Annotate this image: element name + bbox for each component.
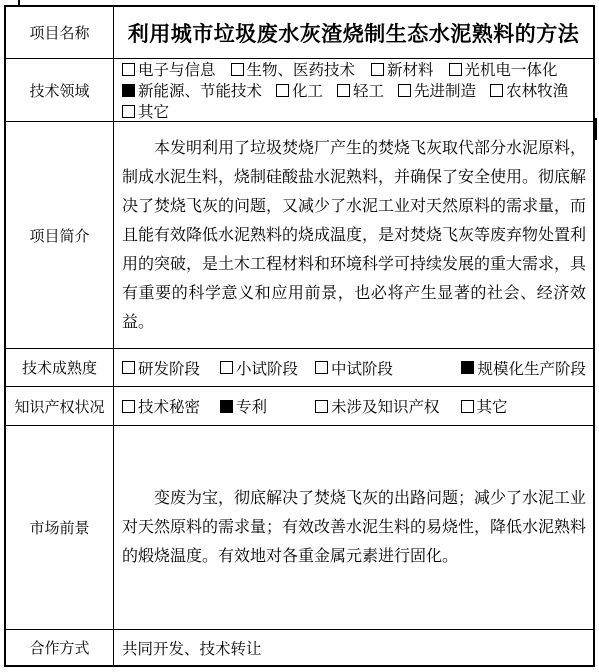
checkbox-option[interactable]: 其它 <box>122 100 169 122</box>
checkbox-option-label: 化工 <box>292 79 323 101</box>
cooperation-label: 合作方式 <box>6 630 114 665</box>
project-name-label: 项目名称 <box>6 7 114 58</box>
project-brief-label: 项目简介 <box>6 122 114 348</box>
ip-status-cell: 技术秘密专利未涉及知识产权其它 <box>114 387 593 425</box>
tech-field-label: 技术领域 <box>6 59 114 121</box>
checkbox-option-label: 小试阶段 <box>236 357 298 379</box>
row-ip-status: 知识产权状况 技术秘密专利未涉及知识产权其它 <box>6 387 593 426</box>
checkbox-checked-icon[interactable] <box>461 361 474 374</box>
checkbox-option-label: 光机电一体化 <box>465 58 558 80</box>
checkbox-option[interactable]: 农林牧渔 <box>490 79 568 101</box>
checkbox-option[interactable]: 规模化生产阶段 <box>461 357 586 379</box>
ip-status-options: 技术秘密专利未涉及知识产权其它 <box>122 395 586 417</box>
cooperation-value: 共同开发、技术转让 <box>114 630 593 665</box>
maturity-options: 研发阶段小试阶段中试阶段规模化生产阶段 <box>122 357 586 379</box>
checkbox-unchecked-icon[interactable] <box>337 84 350 97</box>
project-title: 利用城市垃圾废水灰渣烧制生态水泥熟料的方法 <box>114 7 593 58</box>
checkbox-option[interactable]: 其它 <box>461 395 508 417</box>
row-maturity: 技术成熟度 研发阶段小试阶段中试阶段规模化生产阶段 <box>6 349 593 387</box>
ip-status-label: 知识产权状况 <box>6 387 114 425</box>
project-brief-cell: 本发明利用了垃圾焚烧厂产生的焚烧飞灰取代部分水泥原料，制成水泥生料，烧制硅酸盐水… <box>114 122 593 348</box>
row-project-name: 项目名称 利用城市垃圾废水灰渣烧制生态水泥熟料的方法 <box>6 7 593 59</box>
checkbox-option[interactable]: 新材料 <box>371 58 434 80</box>
row-project-brief: 项目简介 本发明利用了垃圾焚烧厂产生的焚烧飞灰取代部分水泥原料，制成水泥生料，烧… <box>6 122 593 349</box>
checkbox-unchecked-icon[interactable] <box>122 105 135 118</box>
checkbox-option[interactable]: 中试阶段 <box>315 357 393 379</box>
checkbox-option-label: 轻工 <box>353 79 384 101</box>
checkbox-option-label: 技术秘密 <box>138 395 200 417</box>
checkbox-unchecked-icon[interactable] <box>220 361 233 374</box>
checkbox-option-label: 先进制造 <box>414 79 476 101</box>
checkbox-option-label: 电子与信息 <box>138 58 216 80</box>
maturity-cell: 研发阶段小试阶段中试阶段规模化生产阶段 <box>114 349 593 386</box>
checkbox-option[interactable]: 技术秘密 <box>122 395 200 417</box>
maturity-label: 技术成熟度 <box>6 349 114 386</box>
tech-field-options: 电子与信息生物、医药技术新材料光机电一体化 新能源、节能技术化工轻工先进制造农林… <box>114 59 593 121</box>
checkbox-unchecked-icon[interactable] <box>490 84 503 97</box>
checkbox-option[interactable]: 研发阶段 <box>122 357 200 379</box>
project-form-table: 项目名称 利用城市垃圾废水灰渣烧制生态水泥熟料的方法 技术领域 电子与信息生物、… <box>4 5 595 667</box>
checkbox-unchecked-icon[interactable] <box>461 400 474 413</box>
checkbox-unchecked-icon[interactable] <box>231 63 244 76</box>
checkbox-unchecked-icon[interactable] <box>122 400 135 413</box>
checkbox-option[interactable]: 未涉及知识产权 <box>315 395 440 417</box>
market-text: 变废为宝，彻底解决了焚烧飞灰的出路问题；减少了水泥工业对天然原料的需求量；有效改… <box>122 484 586 571</box>
checkbox-option[interactable]: 先进制造 <box>398 79 476 101</box>
checkbox-checked-icon[interactable] <box>122 84 135 97</box>
checkbox-option[interactable]: 新能源、节能技术 <box>122 79 262 101</box>
checkbox-unchecked-icon[interactable] <box>122 361 135 374</box>
checkbox-option[interactable]: 生物、医药技术 <box>231 58 356 80</box>
checkbox-option[interactable]: 光机电一体化 <box>449 58 558 80</box>
checkbox-unchecked-icon[interactable] <box>371 63 384 76</box>
checkbox-option[interactable]: 小试阶段 <box>220 357 298 379</box>
checkbox-option-label: 农林牧渔 <box>506 79 568 101</box>
market-cell: 变废为宝，彻底解决了焚烧飞灰的出路问题；减少了水泥工业对天然原料的需求量；有效改… <box>114 426 593 629</box>
tech-field-line-3: 其它 <box>122 101 589 122</box>
checkbox-unchecked-icon[interactable] <box>276 84 289 97</box>
checkbox-option-label: 规模化生产阶段 <box>477 357 586 379</box>
checkbox-option-label: 新材料 <box>387 58 434 80</box>
tech-field-line-1: 电子与信息生物、医药技术新材料光机电一体化 <box>122 59 589 80</box>
checkbox-option-label: 其它 <box>138 100 169 122</box>
checkbox-unchecked-icon[interactable] <box>315 361 328 374</box>
checkbox-unchecked-icon[interactable] <box>315 400 328 413</box>
checkbox-unchecked-icon[interactable] <box>449 63 462 76</box>
checkbox-unchecked-icon[interactable] <box>122 63 135 76</box>
checkbox-option-label: 生物、医药技术 <box>247 58 356 80</box>
checkbox-checked-icon[interactable] <box>220 400 233 413</box>
row-cooperation: 合作方式 共同开发、技术转让 <box>6 630 593 665</box>
tech-field-line-2: 新能源、节能技术化工轻工先进制造农林牧渔 <box>122 80 589 101</box>
row-market: 市场前景 变废为宝，彻底解决了焚烧飞灰的出路问题；减少了水泥工业对天然原料的需求… <box>6 426 593 630</box>
checkbox-option-label: 专利 <box>236 395 267 417</box>
checkbox-option-label: 研发阶段 <box>138 357 200 379</box>
checkbox-option[interactable]: 轻工 <box>337 79 384 101</box>
market-label: 市场前景 <box>6 426 114 629</box>
checkbox-option[interactable]: 电子与信息 <box>122 58 216 80</box>
checkbox-option-label: 新能源、节能技术 <box>138 79 262 101</box>
row-tech-field: 技术领域 电子与信息生物、医药技术新材料光机电一体化 新能源、节能技术化工轻工先… <box>6 59 593 122</box>
checkbox-unchecked-icon[interactable] <box>398 84 411 97</box>
checkbox-option[interactable]: 化工 <box>276 79 323 101</box>
checkbox-option[interactable]: 专利 <box>220 395 267 417</box>
checkbox-option-label: 中试阶段 <box>331 357 393 379</box>
checkbox-option-label: 未涉及知识产权 <box>331 395 440 417</box>
checkbox-option-label: 其它 <box>477 395 508 417</box>
project-brief-text: 本发明利用了垃圾焚烧厂产生的焚烧飞灰取代部分水泥原料，制成水泥生料，烧制硅酸盐水… <box>122 134 586 337</box>
